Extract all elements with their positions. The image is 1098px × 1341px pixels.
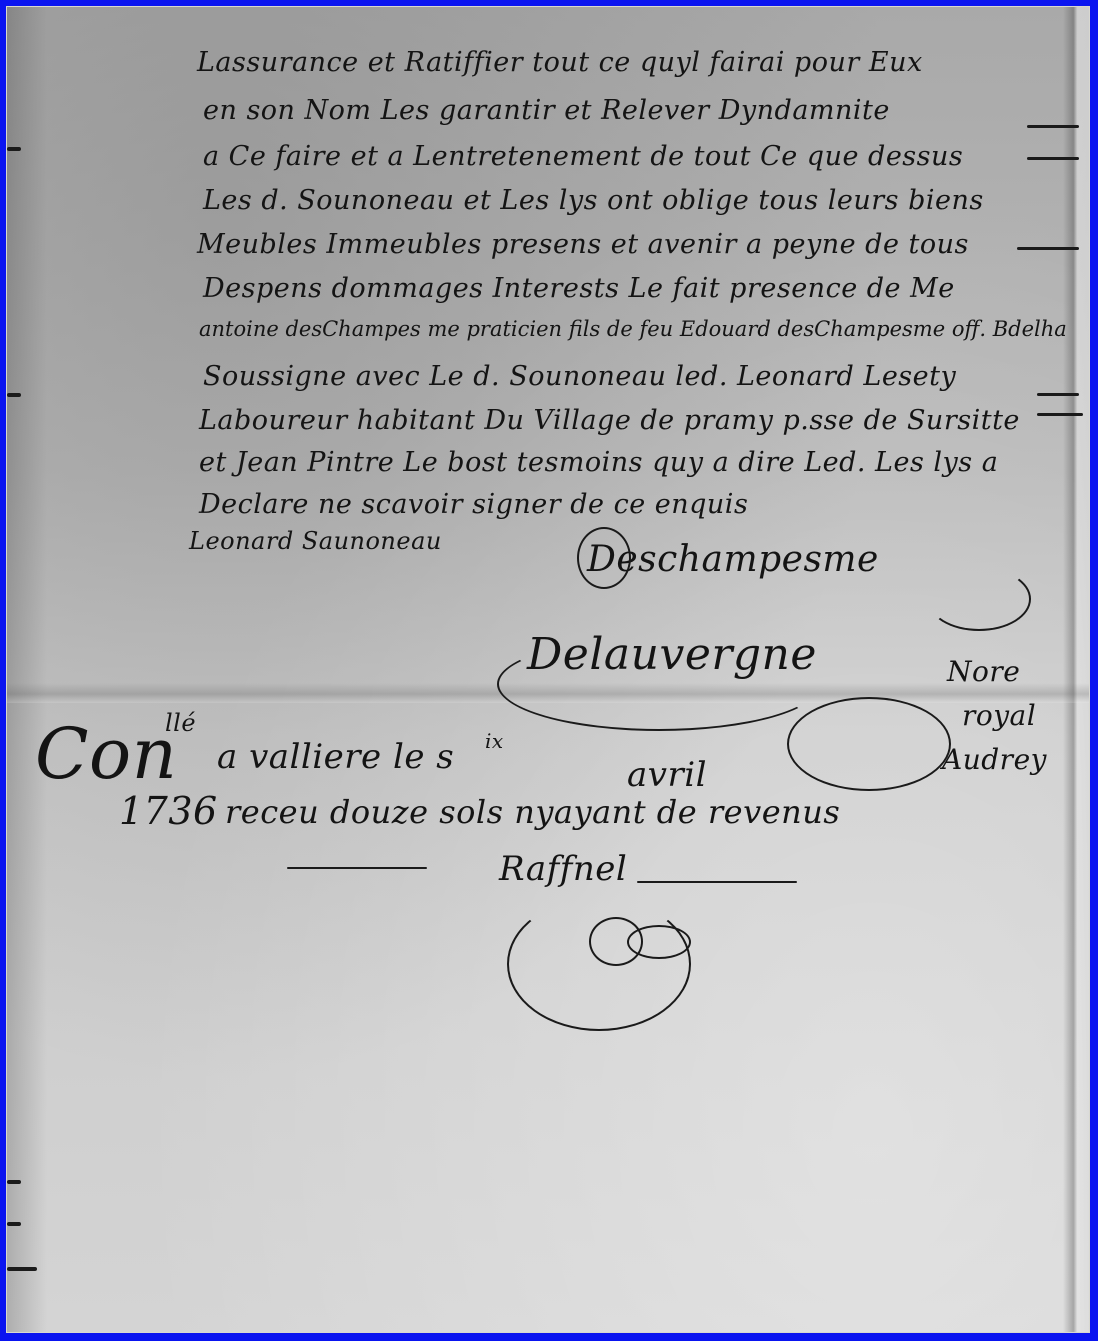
- body-line-7: antoine desChampes me praticien fils de …: [199, 317, 1067, 341]
- line-filler-dash: [1037, 393, 1079, 396]
- body-line-5: Meubles Immeubles presens et avenir a pe…: [197, 229, 969, 260]
- body-line-9: Laboureur habitant Du Village de pramy p…: [199, 405, 1020, 436]
- body-line-1: Lassurance et Ratiffier tout ce quyl fai…: [197, 47, 923, 78]
- body-line-6: Despens dommages Interests Le fait prese…: [203, 273, 955, 304]
- signature-rule-right: [637, 881, 797, 883]
- signature-flourish: [927, 567, 1031, 631]
- margin-ink-mark: [7, 1267, 37, 1271]
- signature-controller: Raffnel: [499, 849, 627, 889]
- margin-ink-mark: [7, 1180, 21, 1184]
- margin-ink-mark: [7, 1222, 21, 1226]
- signature-flourish: [627, 925, 691, 959]
- line-filler-dash: [1017, 247, 1079, 250]
- control-note-receipt: receu douze sols nyayant de revenus: [225, 793, 840, 831]
- control-note-year: 1736: [119, 789, 218, 833]
- line-filler-dash: [1027, 157, 1079, 160]
- body-line-11: Declare ne scavoir signer de ce enquis: [199, 489, 748, 520]
- line-filler-dash: [1027, 125, 1079, 128]
- notary-title-line-2: royal: [962, 699, 1036, 732]
- signature-flourish: [497, 637, 821, 731]
- document-photo: Lassurance et Ratiffier tout ce quyl fai…: [6, 6, 1090, 1333]
- signature-leonard: Leonard Saunoneau: [189, 527, 442, 555]
- margin-ink-mark: [7, 393, 21, 397]
- line-filler-dash: [1037, 413, 1083, 416]
- control-note-superscript: llé: [165, 709, 196, 737]
- page-right-edge: [1063, 7, 1089, 1332]
- control-note-month: avril: [627, 755, 707, 795]
- margin-ink-mark: [7, 147, 21, 151]
- notary-title-line-3: Audrey: [942, 743, 1047, 776]
- signature-flourish: [787, 697, 951, 791]
- page-binding-shadow: [7, 7, 47, 1332]
- signature-flourish: [577, 527, 631, 589]
- control-note-initial: Con: [35, 713, 177, 795]
- notary-title-line-1: Nore: [947, 655, 1020, 688]
- control-note-day: ix: [485, 729, 504, 753]
- body-line-10: et Jean Pintre Le bost tesmoins quy a di…: [199, 447, 998, 478]
- body-line-4: Les d. Sounoneau et Les lys ont oblige t…: [203, 185, 984, 216]
- signature-flourish: [507, 897, 691, 1031]
- body-line-3: a Ce faire et a Lentretenement de tout C…: [203, 141, 963, 172]
- body-line-2: en son Nom Les garantir et Relever Dynda…: [203, 95, 890, 126]
- control-note-place: a valliere le s: [217, 737, 454, 777]
- body-line-8: Soussigne avec Le d. Sounoneau led. Leon…: [203, 361, 956, 392]
- signature-rule-left: [287, 867, 427, 869]
